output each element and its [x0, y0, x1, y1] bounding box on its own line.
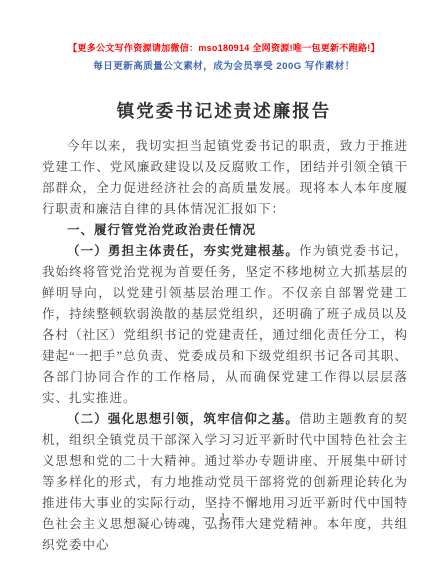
document-page: 【更多公文写作资源请加微信：mso180914 全网资源!唯一包更新不跑路!】 …	[0, 0, 448, 580]
section-heading-1: 一、履行管党治党政治责任情况	[42, 220, 408, 241]
page-title: 镇党委书记述责述廉报告	[0, 98, 448, 123]
document-body: 今年以来，我切实担当起镇党委书记的职责，致力于推进党建工作、党风廉政建设以及反腐…	[42, 136, 408, 556]
item-1-paragraph: （一）勇担主体责任，夯实党建根基。作为镇党委书记，我始终将管党治党视为首要任务，…	[42, 241, 408, 409]
promo-banner-red: 【更多公文写作资源请加微信：mso180914 全网资源!唯一包更新不跑路!】	[0, 41, 448, 54]
intro-paragraph: 今年以来，我切实担当起镇党委书记的职责，致力于推进党建工作、党风廉政建设以及反腐…	[42, 136, 408, 220]
item-2-lead: （二）强化思想引领，筑牢信仰之基。	[67, 412, 299, 426]
promo-banner-blue: 每日更新高质量公文素材，成为会员享受 200G 写作素材！	[0, 58, 448, 72]
item-2-text: 借助主题教育的契机，组织全镇党员干部深入学习习近平新时代中国特色社会主义思想和党…	[42, 412, 408, 552]
page-number: — 1 —	[0, 511, 448, 523]
item-2-paragraph: （二）强化思想引领，筑牢信仰之基。借助主题教育的契机，组织全镇党员干部深入学习习…	[42, 409, 408, 556]
item-1-lead: （一）勇担主体责任，夯实党建根基。	[67, 244, 299, 258]
item-1-text: 作为镇党委书记，我始终将管党治党视为首要任务，坚定不移地树立大抓基层的鲜明导向，…	[42, 244, 408, 405]
